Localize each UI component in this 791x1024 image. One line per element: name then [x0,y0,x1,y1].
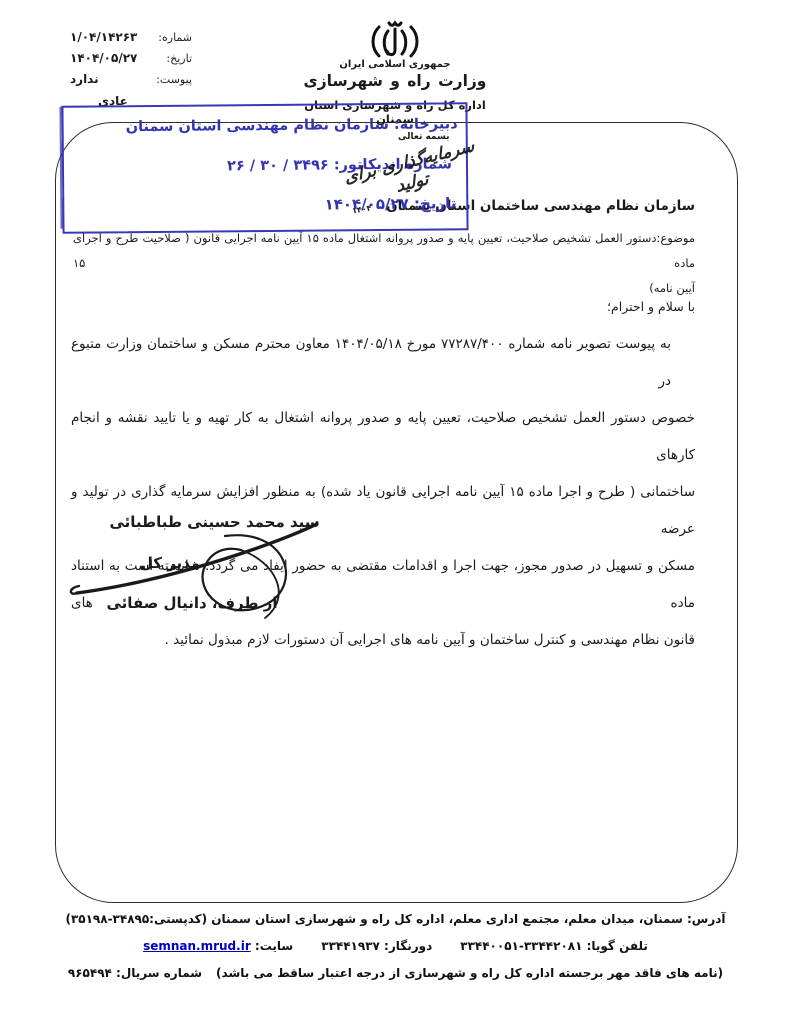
footer-fax: دورنگار: ۳۳۴۴۱۹۳۷ [321,939,432,953]
footer-contacts: تلفن گویا: ۳۳۴۴۲۰۸۱-۳۳۴۴۰۰۵۱ دورنگار: ۳۳… [0,939,791,953]
scanned-official-letter: شماره: ۱/۰۴/۱۴۲۶۳ تاریخ: ۱۴۰۴/۰۵/۲۷ پیوس… [0,0,791,1024]
subject-block: موضوع:دستور العمل تشخیص صلاحیت، تعیین پا… [73,226,695,301]
greeting-text: با سلام و احترام؛ [607,299,695,314]
stamp-secretariat-line: دبیرخانه: سازمان نظام مهندسی استان سمنان [126,116,458,135]
footer-serial: شماره سریال: ۹۶۵۴۹۴ [68,966,202,980]
footer-phone: تلفن گویا: ۳۳۴۴۲۰۸۱-۳۳۴۴۰۰۵۱ [460,939,648,953]
footer-disclaimer: (نامه های فاقد مهر برجسته اداره کل راه و… [216,966,723,980]
letter-meta-block: شماره: ۱/۰۴/۱۴۲۶۳ تاریخ: ۱۴۰۴/۰۵/۲۷ پیوس… [70,30,192,93]
website-link[interactable]: semnan.mrud.ir [143,939,251,953]
date-label: تاریخ: [166,52,192,65]
attachment-value: ندارد [70,72,99,86]
footer-site: سایت: semnan.mrud.ir [143,939,293,953]
body-line-2: خصوص دستور العمل تشخیص صلاحیت، تعیین پای… [71,400,695,474]
number-value: ۱/۰۴/۱۴۲۶۳ [70,30,137,44]
letterhead-ministry: وزارت راه و شهرسازی [270,72,520,90]
footer-validity: (نامه های فاقد مهر برجسته اداره کل راه و… [0,966,791,980]
meta-row-attachment: پیوست: ندارد [70,72,192,93]
letterhead-country: جمهوری اسلامی ایران [295,59,495,70]
footer-address: آدرس: سمنان، میدان معلم، مجتمع اداری معل… [0,912,791,926]
subject-line-1: موضوع:دستور العمل تشخیص صلاحیت، تعیین پا… [73,226,695,276]
meta-row-number: شماره: ۱/۰۴/۱۴۲۶۳ [70,30,192,51]
meta-row-date: تاریخ: ۱۴۰۴/۰۵/۲۷ [70,51,192,72]
body-line-1: به پیوست تصویر نامه شماره ۷۷۲۸۷/۴۰۰ مورخ… [71,326,695,400]
subject-line-2: آیین نامه) [73,276,695,301]
site-label: سایت: [255,939,293,953]
date-value: ۱۴۰۴/۰۵/۲۷ [70,51,137,65]
iran-emblem-icon [368,20,422,64]
handwritten-signature-icon [55,500,355,634]
attachment-label: پیوست: [156,73,192,86]
number-label: شماره: [158,31,192,44]
